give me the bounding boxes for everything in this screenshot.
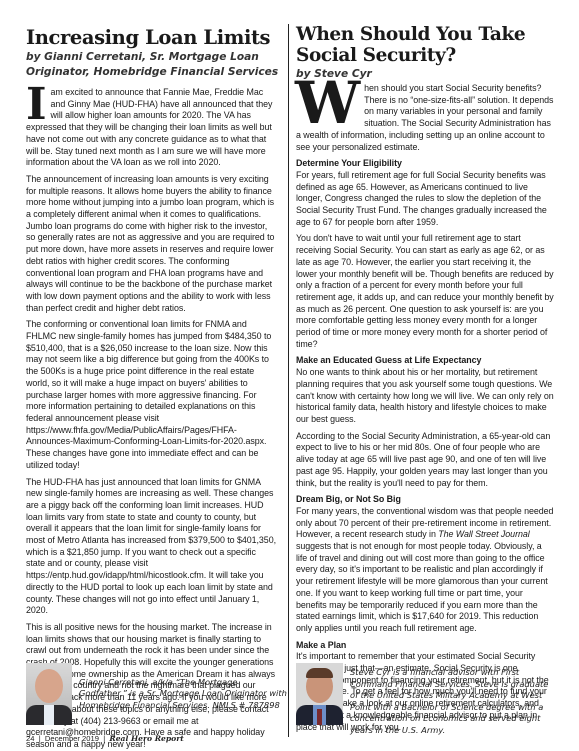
author-photo [26,663,72,725]
paragraph: According to the Social Security Adminis… [296,431,554,490]
paragraph: The conforming or conventional loan limi… [26,319,276,471]
article-byline: by Gianni Cerretani, Sr. Mortgage Loan O… [26,50,288,80]
paragraph: The announcement of increasing loan amou… [26,174,276,314]
paragraph: The HUD-FHA has just announced that loan… [26,477,276,617]
drop-cap: I [26,88,47,122]
article-body: When should you start Social Security be… [296,83,554,738]
article-title: When Should You Take Social Security? [296,24,558,66]
magazine-name: Real Hero Report [109,734,183,743]
drop-cap: W [295,82,360,122]
section-heading: Dream Big, or Not So Big [296,494,554,506]
section-dream-big: Dream Big, or Not So BigFor many years, … [296,494,554,634]
author-bio-text: Steve Cyr is a financial advisor with Fi… [350,667,558,736]
author-bio: Steve Cyr is a financial advisor with Fi… [296,663,558,736]
author-bio-text: Gianni Cerretani, a/k/a “The Mortgage Go… [79,677,288,712]
issue-date: December 2019 [45,734,99,743]
section-eligibility: Determine Your EligibilityFor years, ful… [296,158,554,228]
section-heading: Make a Plan [296,640,554,652]
article-title: Increasing Loan Limits [26,27,270,49]
page-number: 24 [26,734,34,743]
section-life-expectancy: Make an Educated Guess at Life Expectanc… [296,355,554,425]
column-divider [288,24,289,737]
paragraph: You don't have to wait until your full r… [296,233,554,350]
article-body: Iam excited to announce that Fannie Mae,… [26,87,276,751]
section-heading: Make an Educated Guess at Life Expectanc… [296,355,554,367]
section-heading: Determine Your Eligibility [296,158,554,170]
author-photo [296,663,343,725]
publication-name: The Wall Street Journal [438,529,529,539]
author-bio: Gianni Cerretani, a/k/a “The Mortgage Go… [26,663,288,725]
paragraph: Iam excited to announce that Fannie Mae,… [26,87,276,169]
paragraph: When should you start Social Security be… [296,83,554,153]
page-footer: 24 | December 2019 | Real Hero Report [26,734,184,743]
